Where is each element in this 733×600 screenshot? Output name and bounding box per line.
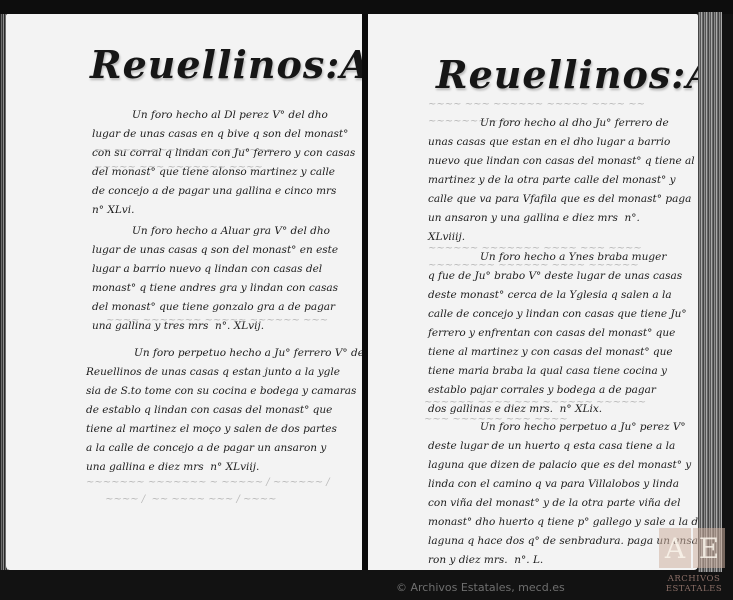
text-line: Un foro hecho al Dl perez V° del dho	[92, 109, 328, 121]
text-line: del monast° que tiene alonso martinez y …	[92, 166, 335, 178]
left-page-heading: Reuellinos:A	[90, 42, 364, 87]
text-line: Un foro hecho perpetuo a Ju° perez V°	[428, 421, 686, 433]
text-line: unas casas que estan en el dho lugar a b…	[428, 136, 670, 148]
text-line: a la calle de concejo a de pagar un ansa…	[86, 442, 326, 454]
folio-number: una gallina y tres mrs n°. XLvij.	[92, 320, 264, 332]
logo-line-1: ARCHIVOS	[655, 574, 733, 584]
text-line: de establo q lindan con casas del monast…	[86, 404, 332, 416]
text-line: establo pajar corrales y bodega a de pag…	[428, 384, 656, 396]
folio-number: una gallina e diez mrs n° XLviij.	[86, 461, 259, 473]
archivos-estatales-logo: A E ARCHIVOS ESTATALES	[655, 524, 733, 600]
text-line: Reuellinos de unas casas q estan junto a…	[86, 366, 340, 378]
text-line: ferrero y enfrentan con casas del monast…	[428, 327, 675, 339]
text-line: calle que va para Vfafila que es del mon…	[428, 193, 691, 205]
text-line: Un foro hecho a Aluar gra V° del dho	[92, 225, 330, 237]
text-line: lugar de unas casas q son del monast° en…	[92, 244, 338, 256]
text-line: sia de S.to tome con su cocina e bodega …	[86, 385, 356, 397]
text-line: del monast° que tiene gonzalo gra a de p…	[92, 301, 335, 313]
text-line: lugar a barrio nuevo q lindan con casas …	[92, 263, 322, 275]
text-line: con viña del monast° y de la otra parte …	[428, 497, 680, 509]
right-page: ~~~~ ~~~ ~~~~~~ ~~~~~ ~~~~ ~~ ~~~~~~~ ~~…	[368, 14, 698, 570]
text-line: monast° q tiene andres gra y lindan con …	[92, 282, 338, 294]
right-entry-2: Un foro hecho a Ynes braba muger q fue d…	[428, 248, 687, 419]
folio-number: n° XLvi.	[92, 204, 134, 216]
folio-number: dos gallinas e diez mrs. n° XLix.	[428, 403, 602, 415]
logo-org-name: ARCHIVOS ESTATALES	[655, 574, 733, 594]
left-entry-3: Un foro perpetuo hecho a Ju° ferrero V° …	[86, 344, 364, 477]
book-edge-right	[698, 12, 722, 572]
text-line: deste monast° cerca de la Yglesia q sale…	[428, 289, 672, 301]
right-page-heading: Reuellinos:A	[436, 52, 698, 97]
manuscript-scan: ~~ ~~~~ ~~~~~ ~~~ ~~~~~~ ~~~~~ ~~~ ~~~~~…	[0, 0, 733, 600]
logo-letter-blocks: A E	[659, 528, 725, 568]
text-line: con su corral q lindan con Ju° ferrero y…	[92, 147, 355, 159]
right-entry-1: Un foro hecho al dho Ju° ferrero de unas…	[428, 114, 695, 247]
text-line: laguna que dizen de palacio que es del m…	[428, 459, 691, 471]
text-line: tiene al martinez y con casas del monast…	[428, 346, 673, 358]
ink-bleed-through: ~~~~~~~ ~~~~~~~ ~ ~~~~~ / ~~~~~~ / ~~~~ …	[86, 474, 330, 508]
text-line: un ansaron y una gallina e diez mrs n°.	[428, 212, 640, 224]
logo-letter-e: E	[693, 528, 725, 568]
folio-number: XLviiij.	[428, 231, 465, 243]
text-line: Un foro perpetuo hecho a Ju° ferrero V° …	[86, 347, 364, 359]
text-line: nuevo que lindan con casas del monast° q…	[428, 155, 695, 167]
text-line: de concejo a de pagar una gallina e cinc…	[92, 185, 336, 197]
text-line: tiene al martinez el moço y salen de dos…	[86, 423, 337, 435]
text-line: q fue de Ju° brabo V° deste lugar de una…	[428, 270, 682, 282]
scan-top-border	[0, 0, 733, 14]
copyright-credit: © Archivos Estatales, mecd.es	[396, 581, 565, 594]
text-line: lugar de unas casas en q bive q son del …	[92, 128, 348, 140]
text-line: Un foro hecho a Ynes braba muger	[428, 251, 666, 263]
text-line: martinez y de la otra parte calle del mo…	[428, 174, 676, 186]
text-line: calle de concejo y lindan con casas que …	[428, 308, 687, 320]
left-page: ~~ ~~~~ ~~~~~ ~~~ ~~~~~~ ~~~~~ ~~~ ~~~~~…	[6, 14, 364, 570]
folio-number: ron y diez mrs. n°. L.	[428, 554, 543, 566]
logo-line-2: ESTATALES	[655, 584, 733, 594]
left-entry-1: Un foro hecho al Dl perez V° del dho lug…	[92, 106, 355, 220]
text-line: tiene maria braba la qual casa tiene coc…	[428, 365, 667, 377]
text-line: deste lugar de un huerto q esta casa tie…	[428, 440, 675, 452]
text-line: linda con el camino q va para Villalobos…	[428, 478, 679, 490]
left-entry-2: Un foro hecho a Aluar gra V° del dho lug…	[92, 222, 338, 336]
logo-letter-a: A	[659, 528, 691, 568]
text-line: Un foro hecho al dho Ju° ferrero de	[428, 117, 669, 129]
